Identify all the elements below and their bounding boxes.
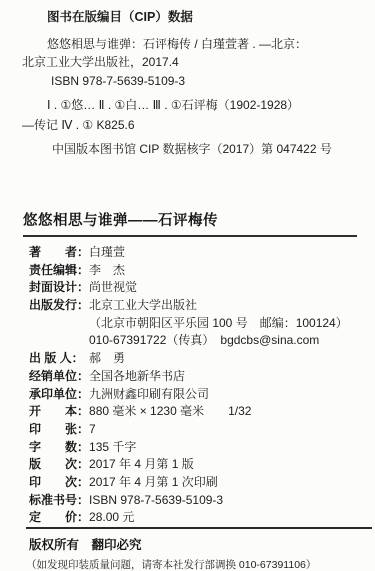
info-row-distributor: 经销单位：全国各地新华书店 xyxy=(29,368,369,386)
info-row-label: 定 价： xyxy=(29,509,89,527)
info-row-publisher-person: 出 版 人：郝 勇 xyxy=(29,350,369,368)
info-row-value: 135 千字 xyxy=(89,440,136,454)
info-row-label: 标准书号： xyxy=(29,492,89,510)
info-row-label: 版 次： xyxy=(29,456,89,474)
cip-classification-line-1: Ⅰ . ①悠… Ⅱ . ①白… Ⅲ . ①石评梅（1902-1928） xyxy=(22,95,365,115)
info-row-author: 著 者：白瑾萱 xyxy=(29,244,369,262)
info-row-value: 白瑾萱 xyxy=(89,245,125,259)
info-row-value: 880 毫米 × 1230 毫米 1/32 xyxy=(89,404,251,418)
info-row-value: （北京市朝阳区平乐园 100 号 邮编：100124） xyxy=(89,316,348,330)
info-row-price: 定 价：28.00 元 xyxy=(29,509,369,527)
info-row-value: 李 杰 xyxy=(89,263,125,277)
info-row-value: 九洲财鑫印刷有限公司 xyxy=(89,387,209,401)
info-row-label: 封面设计： xyxy=(29,279,89,297)
info-row-label: 经销单位： xyxy=(29,368,89,386)
info-row-value: 2017 年 4 月第 1 次印刷 xyxy=(89,475,218,489)
cip-entry-paragraph: 悠悠相思与谁弹：石评梅传 / 白瑾萱著 . —北京： 北京工业大学出版社，201… xyxy=(22,35,365,91)
info-row-value: 郝 勇 xyxy=(89,351,125,365)
info-row-editor: 责任编辑：李 杰 xyxy=(29,262,369,280)
cip-record-number: 中国版本图书馆 CIP 数据核字（2017）第 047422 号 xyxy=(52,140,365,159)
publication-info-block: 著 者：白瑾萱 责任编辑：李 杰 封面设计：尚世视觉 出版发行：北京工业大学出版… xyxy=(29,244,369,527)
info-row-label: 出 版 人： xyxy=(29,350,89,368)
info-row-label: 著 者： xyxy=(29,244,89,262)
info-row-value: 全国各地新华书店 xyxy=(89,369,185,383)
info-row-label: 承印单位： xyxy=(29,386,89,404)
info-row-value: 010-67391722（传真） bgdcbs@sina.com xyxy=(89,333,319,347)
info-row-value: ISBN 978-7-5639-5109-3 xyxy=(89,493,223,507)
info-row-label: 出版发行： xyxy=(29,297,89,315)
info-row-publisher-address: （北京市朝阳区平乐园 100 号 邮编：100124） xyxy=(29,315,369,333)
info-row-value: 2017 年 4 月第 1 版 xyxy=(89,457,194,471)
quality-note: （如发现印装质量问题，请寄本社发行部调换 010-67391106） xyxy=(26,557,372,571)
cip-entry-line-1: 悠悠相思与谁弹：石评梅传 / 白瑾萱著 . —北京： xyxy=(22,35,365,54)
cip-isbn-line: ISBN 978-7-5639-5109-3 xyxy=(51,72,365,91)
info-row-value: 北京工业大学出版社 xyxy=(89,298,197,312)
info-row-printing: 印 次：2017 年 4 月第 1 次印刷 xyxy=(29,474,369,492)
footer-block: 版权所有 翻印必究 （如发现印装质量问题，请寄本社发行部调换 010-67391… xyxy=(26,527,372,571)
cip-header: 图书在版编目（CIP）数据 xyxy=(47,8,365,27)
info-row-label: 印 次： xyxy=(29,474,89,492)
info-row-publisher: 出版发行：北京工业大学出版社 xyxy=(29,297,369,315)
cip-data-block: 图书在版编目（CIP）数据 悠悠相思与谁弹：石评梅传 / 白瑾萱著 . —北京：… xyxy=(22,8,365,159)
info-row-format: 开 本：880 毫米 × 1230 毫米 1/32 xyxy=(29,403,369,421)
info-row-label: 字 数： xyxy=(29,439,89,457)
title-block: 悠悠相思与谁弹——石评梅传 xyxy=(23,211,357,237)
info-row-value: 尚世视觉 xyxy=(89,280,137,294)
info-row-sheets: 印 张：7 xyxy=(29,421,369,439)
copyright-page: 图书在版编目（CIP）数据 悠悠相思与谁弹：石评梅传 / 白瑾萱著 . —北京：… xyxy=(0,0,375,571)
book-title: 悠悠相思与谁弹——石评梅传 xyxy=(23,211,357,231)
info-row-label: 责任编辑： xyxy=(29,262,89,280)
cip-classification-paragraph: Ⅰ . ①悠… Ⅱ . ①白… Ⅲ . ①石评梅（1902-1928） —传记 … xyxy=(22,95,365,135)
info-row-label: 开 本： xyxy=(29,403,89,421)
footer-divider xyxy=(26,527,372,529)
cip-classification-line-2: —传记 Ⅳ . ① K825.6 xyxy=(22,115,365,135)
info-row-isbn: 标准书号：ISBN 978-7-5639-5109-3 xyxy=(29,492,369,510)
info-row-label: 印 张： xyxy=(29,421,89,439)
info-row-value: 28.00 元 xyxy=(89,510,134,524)
cip-entry-line-2: 北京工业大学出版社，2017.4 xyxy=(22,53,365,72)
info-row-publisher-contact: 010-67391722（传真） bgdcbs@sina.com xyxy=(29,332,369,350)
title-divider xyxy=(23,235,357,237)
info-row-printer: 承印单位：九洲财鑫印刷有限公司 xyxy=(29,386,369,404)
info-row-word-count: 字 数：135 千字 xyxy=(29,439,369,457)
info-row-edition: 版 次：2017 年 4 月第 1 版 xyxy=(29,456,369,474)
info-row-cover-design: 封面设计：尚世视觉 xyxy=(29,279,369,297)
info-row-value: 7 xyxy=(89,422,96,436)
copyright-notice: 版权所有 翻印必究 xyxy=(29,535,372,553)
